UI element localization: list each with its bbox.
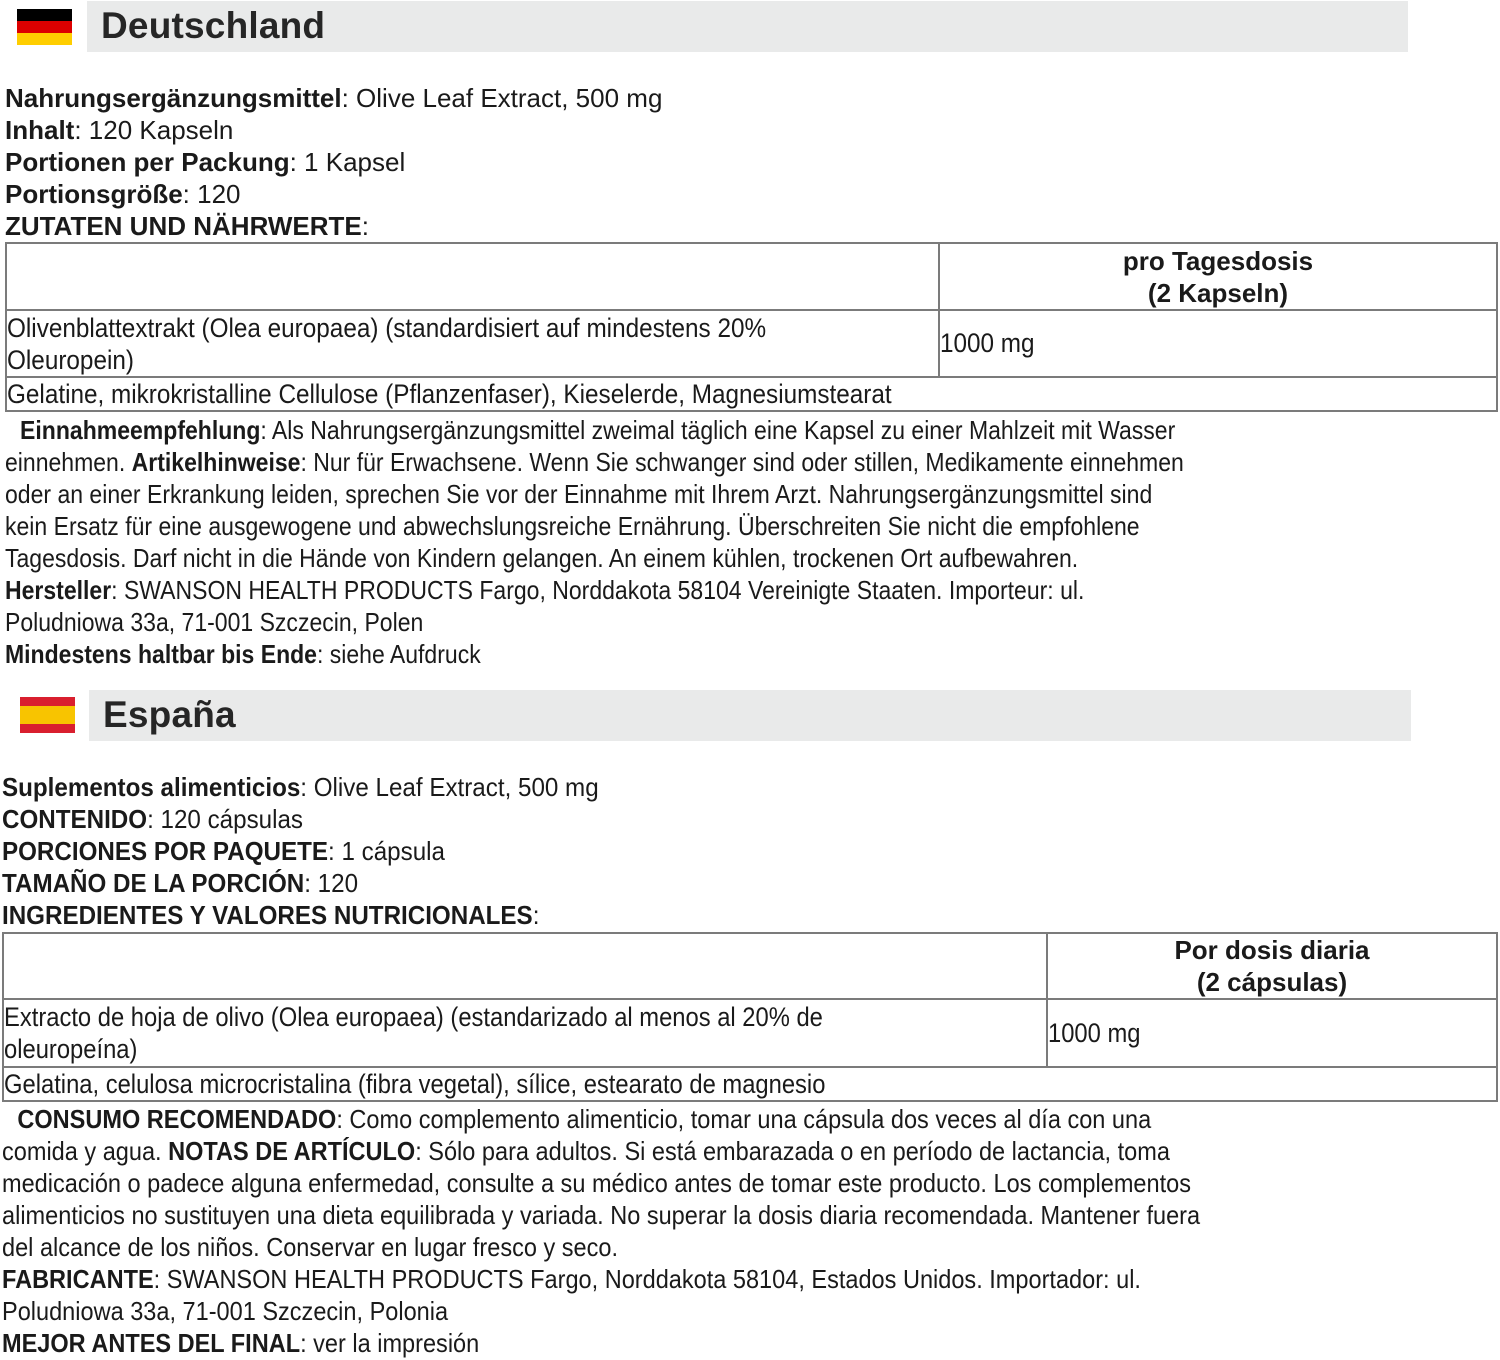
table-header-empty xyxy=(3,933,1047,999)
other-ingredients-cell: Gelatine, mikrokristalline Cellulose (Pf… xyxy=(6,377,1497,411)
paragraph-line: Mindestens haltbar bis Ende: siehe Aufdr… xyxy=(5,638,1184,670)
info-line: INGREDIENTES Y VALORES NUTRICIONALES: xyxy=(2,899,539,931)
section-title: España xyxy=(103,694,236,736)
instructions-paragraph: Einnahmeempfehlung: Als Nahrungsergänzun… xyxy=(5,414,1337,670)
paragraph-line: del alcance de los niños. Conservar en l… xyxy=(2,1231,1200,1263)
info-line: TAMAÑO DE LA PORCIÓN: 120 xyxy=(2,867,358,899)
info-line: CONTENIDO: 120 cápsulas xyxy=(2,803,303,835)
table-header-dose: pro Tagesdosis (2 Kapseln) xyxy=(939,243,1497,310)
paragraph-line: alimenticios no sustituyen una dieta equ… xyxy=(2,1199,1200,1231)
info-line: Inhalt: 120 Kapseln xyxy=(5,114,233,146)
paragraph-line: kein Ersatz für eine ausgewogene und abw… xyxy=(5,510,1184,542)
paragraph-line: comida y agua. NOTAS DE ARTÍCULO: Sólo p… xyxy=(2,1135,1200,1167)
paragraph-line: Einnahmeempfehlung: Als Nahrungsergänzun… xyxy=(5,414,1184,446)
table-header-empty xyxy=(6,243,939,310)
ingredient-cell: Extracto de hoja de olivo (Olea europaea… xyxy=(3,999,1047,1067)
amount-cell: 1000 mg xyxy=(939,310,1497,377)
info-line: Portionsgröße: 120 xyxy=(5,178,241,210)
paragraph-line: Poludniowa 33a, 71-001 Szczecin, Polonia xyxy=(2,1295,1200,1327)
info-line: Suplementos alimenticios: Olive Leaf Ext… xyxy=(2,771,599,803)
section-header-bar: España xyxy=(89,690,1411,741)
paragraph-line: CONSUMO RECOMENDADO: Como complemento al… xyxy=(2,1103,1200,1135)
section-header-bar: Deutschland xyxy=(87,1,1408,52)
table-header-dose: Por dosis diaria (2 cápsulas) xyxy=(1047,933,1497,999)
paragraph-line: FABRICANTE: SWANSON HEALTH PRODUCTS Farg… xyxy=(2,1263,1200,1295)
paragraph-line: medicación o padece alguna enfermedad, c… xyxy=(2,1167,1200,1199)
other-ingredients-cell: Gelatina, celulosa microcristalina (fibr… xyxy=(3,1067,1497,1101)
spain-flag-icon xyxy=(20,697,75,733)
instructions-paragraph: CONSUMO RECOMENDADO: Como complemento al… xyxy=(2,1103,1326,1359)
info-line: Nahrungsergänzungsmittel: Olive Leaf Ext… xyxy=(5,82,662,114)
paragraph-line: MEJOR ANTES DEL FINAL: ver la impresión xyxy=(2,1327,1200,1359)
paragraph-line: Tagesdosis. Darf nicht in die Hände von … xyxy=(5,542,1184,574)
info-line: Portionen per Packung: 1 Kapsel xyxy=(5,146,405,178)
germany-flag-icon xyxy=(17,9,72,45)
section-title: Deutschland xyxy=(101,5,325,47)
paragraph-line: Hersteller: SWANSON HEALTH PRODUCTS Farg… xyxy=(5,574,1184,606)
paragraph-line: oder an einer Erkrankung leiden, spreche… xyxy=(5,478,1184,510)
nutrition-table: Por dosis diaria (2 cápsulas) Extracto d… xyxy=(2,932,1498,1102)
paragraph-line: einnehmen. Artikelhinweise: Nur für Erwa… xyxy=(5,446,1184,478)
info-line: PORCIONES POR PAQUETE: 1 cápsula xyxy=(2,835,445,867)
nutrition-table: pro Tagesdosis (2 Kapseln) Olivenblattex… xyxy=(5,242,1498,412)
amount-cell: 1000 mg xyxy=(1047,999,1497,1067)
paragraph-line: Poludniowa 33a, 71-001 Szczecin, Polen xyxy=(5,606,1184,638)
ingredient-cell: Olivenblattextrakt (Olea europaea) (stan… xyxy=(6,310,939,377)
info-line: ZUTATEN UND NÄHRWERTE: xyxy=(5,210,369,242)
